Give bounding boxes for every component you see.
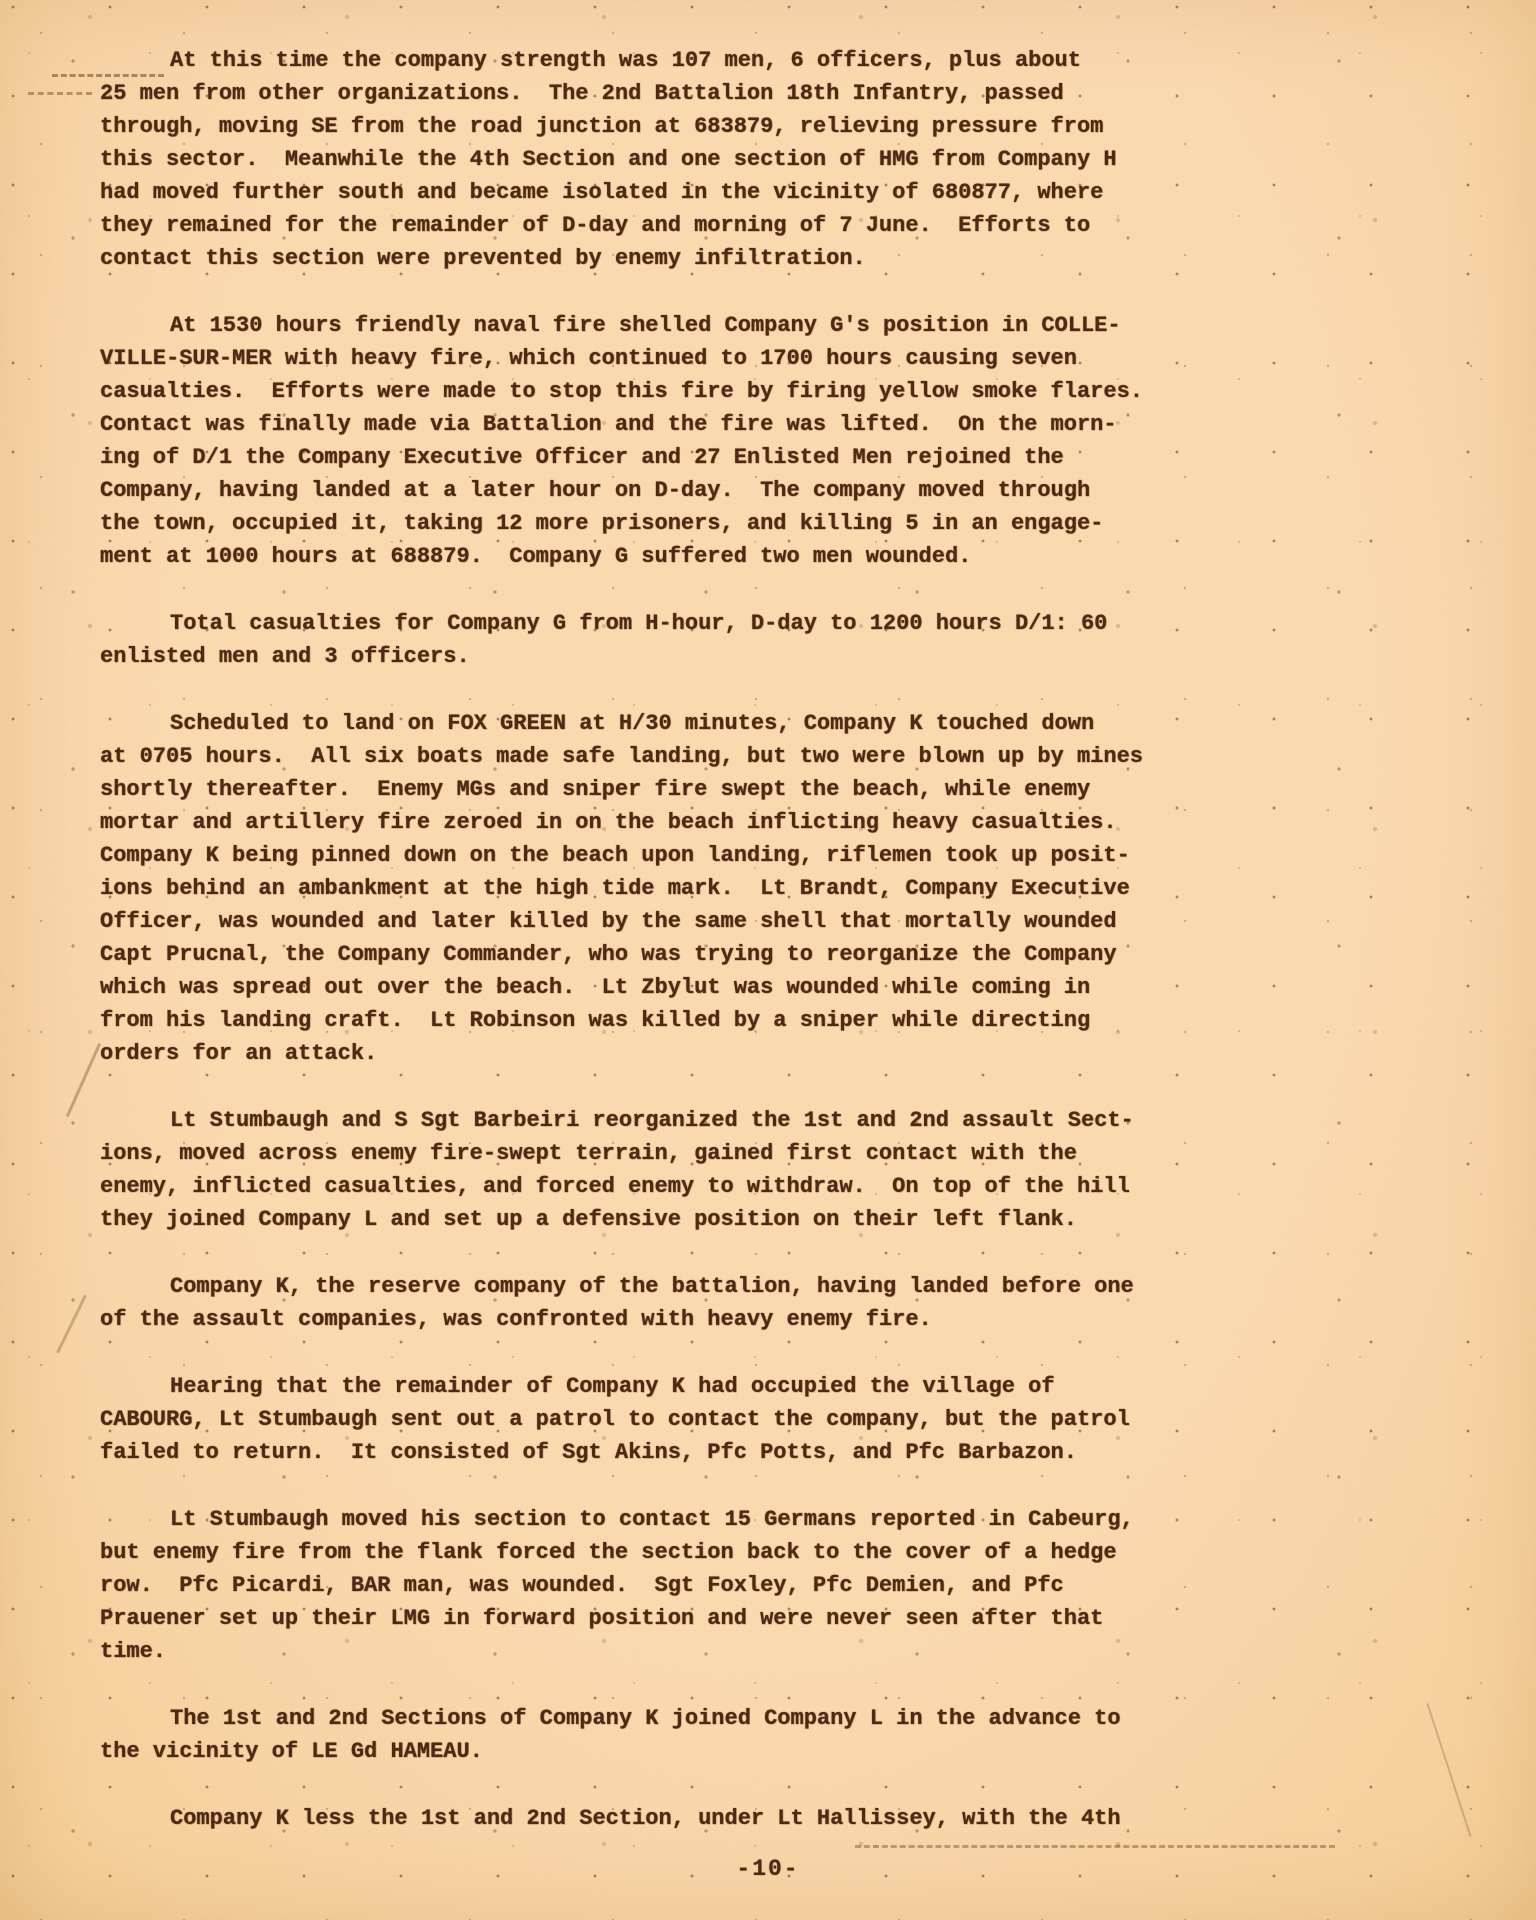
- report-body: At this time the company strength was 10…: [100, 44, 1360, 1869]
- paragraph-company-k-reserve: Company K, the reserve company of the ba…: [100, 1270, 1360, 1336]
- paragraph-cabourg-patrol: Hearing that the remainder of Company K …: [100, 1370, 1360, 1469]
- document-page: At this time the company strength was 10…: [0, 0, 1536, 1920]
- page-number: -10-: [0, 1856, 1536, 1882]
- paragraph-naval-fire-colleville: At 1530 hours friendly naval fire shelle…: [100, 309, 1360, 573]
- paragraph-fox-green-landing: Scheduled to land on FOX GREEN at H/30 m…: [100, 707, 1360, 1070]
- paragraph-le-gd-hameau: The 1st and 2nd Sections of Company K jo…: [100, 1702, 1360, 1768]
- paragraph-hedge-row: Lt Stumbaugh moved his section to contac…: [100, 1503, 1360, 1668]
- scan-scratch-mark: [56, 1295, 87, 1354]
- paragraph-company-strength: At this time the company strength was 10…: [100, 44, 1360, 275]
- scan-smudge-mark: [28, 92, 92, 95]
- paragraph-stumbaugh-barbeiri: Lt Stumbaugh and S Sgt Barbeiri reorgani…: [100, 1104, 1360, 1236]
- scan-scratch-mark: [66, 1043, 101, 1117]
- scan-scratch-mark: [1426, 1703, 1471, 1837]
- paragraph-total-casualties: Total casualties for Company G from H-ho…: [100, 607, 1360, 673]
- paragraph-company-k-hallissey: Company K less the 1st and 2nd Section, …: [100, 1802, 1360, 1835]
